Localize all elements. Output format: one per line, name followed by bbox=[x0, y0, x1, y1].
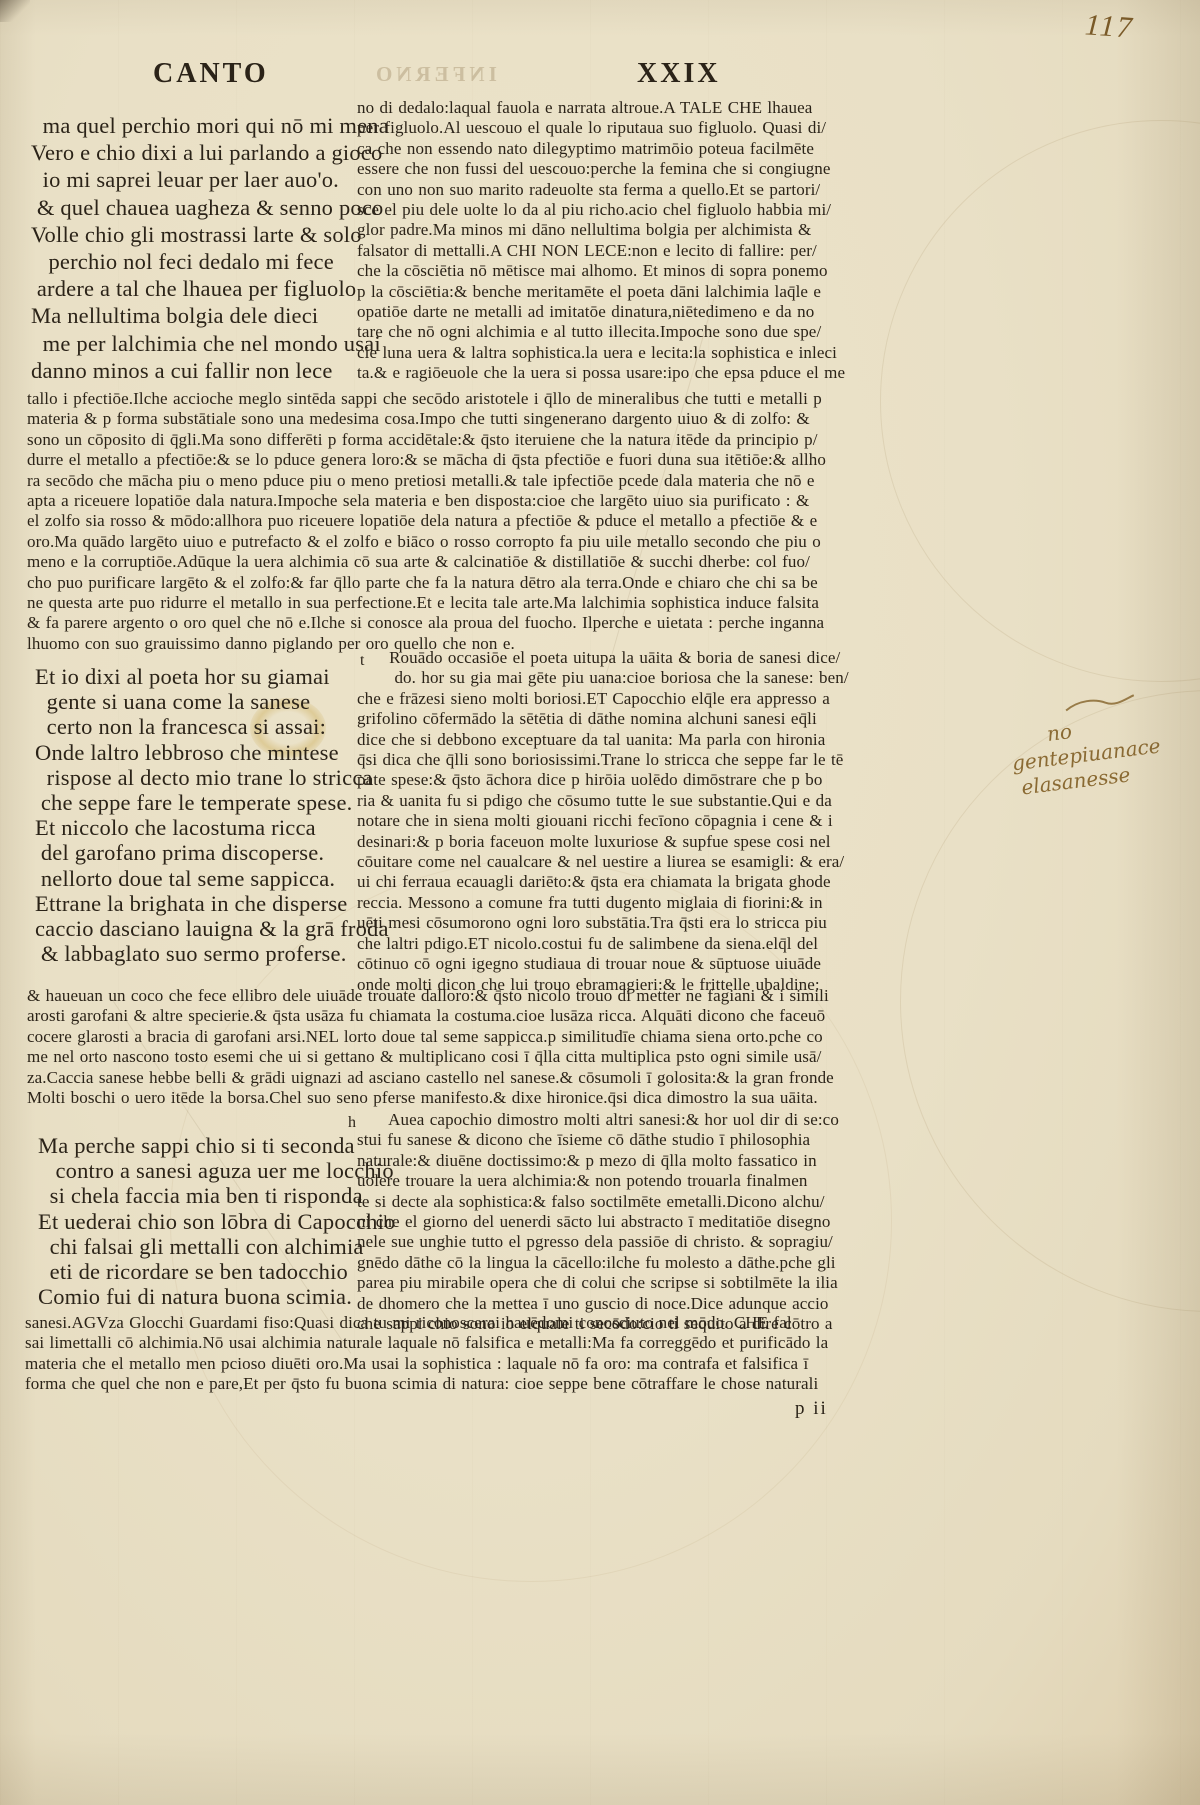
text-line: za.Caccia sanese hebbe belli & grādi uig… bbox=[27, 1068, 934, 1088]
verse-line: nellorto doue tal seme sappicca. bbox=[35, 866, 389, 891]
verse-line: eti de ricordare se ben tadocchio bbox=[38, 1259, 396, 1284]
verse-tercets-2: Et io dixi al poeta hor su giamai gente … bbox=[35, 664, 389, 966]
text-line: el zolfo sia rosso & mōdo:allhora puo ri… bbox=[27, 511, 934, 531]
text-line: nele sue unghie tutto el pgresso dela pa… bbox=[357, 1232, 932, 1252]
commentary-column-3: Auea capochio dimostro molti altri sanes… bbox=[357, 1110, 932, 1334]
commentary-column-1: no di dedalo:laqual fauola e narrata alt… bbox=[357, 98, 932, 384]
text-line: cie luna uera & laltra sophistica.la uer… bbox=[357, 343, 932, 363]
quire-signature: p ii bbox=[795, 1398, 828, 1420]
canto-number: XXIX bbox=[637, 58, 721, 90]
text-line: reccia. Messono a comune fra tutti dugen… bbox=[357, 893, 932, 913]
text-line: cōtinuo cō ogni igegno studiaua di troua… bbox=[357, 954, 932, 974]
verse-line: si chela faccia mia ben ti risponda bbox=[38, 1183, 396, 1208]
verse-line: Et niccolo che lacostuma ricca bbox=[35, 815, 389, 840]
text-line: sanesi.AGVza Glocchi Guardami fiso:Quasi… bbox=[25, 1313, 932, 1333]
text-line: apta a riceuere lopatiōe dala natura.Imp… bbox=[27, 491, 934, 511]
text-line: che e frāzesi sieno molti boriosi.ET Cap… bbox=[357, 689, 932, 709]
verse-line: perchio nol feci dedalo mi fece bbox=[31, 248, 389, 275]
text-line: tare che nō ogni alchimia e al tutto ill… bbox=[357, 322, 932, 342]
text-line: con uno non suo marito radeuolte sta fer… bbox=[357, 180, 932, 200]
text-line: stui fu sanese & dicono che īsieme cō dā… bbox=[357, 1130, 932, 1150]
text-line: dice che si debbono exceptuare da tal ua… bbox=[357, 730, 932, 750]
text-line: forma che quel che non e pare,Et per q̄s… bbox=[25, 1374, 932, 1394]
verse-line: chi falsai gli mettalli con alchimia bbox=[38, 1234, 396, 1259]
commentary-full-width-3: sanesi.AGVza Glocchi Guardami fiso:Quasi… bbox=[25, 1313, 932, 1395]
text-line: & haueuan un coco che fece ellibro dele … bbox=[27, 986, 934, 1006]
commentary-full-width-2: & haueuan un coco che fece ellibro dele … bbox=[27, 986, 934, 1108]
text-line: materia che el metallo men pcioso diuēti… bbox=[25, 1354, 932, 1374]
verse-line: Ma nellultima bolgia dele dieci bbox=[31, 302, 389, 329]
verse-line: che seppe fare le temperate spese. bbox=[35, 790, 389, 815]
text-line: essere che non fussi del uescouo:perche … bbox=[357, 159, 932, 179]
verse-line: & quel chauea uagheza & senno poco bbox=[31, 194, 389, 221]
text-line: grifolino cōfermādo la sētētia di dāthe … bbox=[357, 709, 932, 729]
verse-line: Vero e chio dixi a lui parlando a gioco bbox=[31, 139, 389, 166]
text-line: ria & uanita fu si pdigo che cōsumo tutt… bbox=[357, 791, 932, 811]
verse-line: Volle chio gli mostrassi larte & solo bbox=[31, 221, 389, 248]
text-line: falsator di mettalli.A CHI NON LECE:non … bbox=[357, 241, 932, 261]
text-line: me nel orto nascono tosto esemi che ui s… bbox=[27, 1047, 934, 1067]
text-line: per figluolo.Al uescouo el quale lo ripu… bbox=[357, 118, 932, 138]
text-line: cho puo purificare largēto & el zolfo:& … bbox=[27, 573, 934, 593]
text-line: parea piu mirabile opera che di colui ch… bbox=[357, 1273, 932, 1293]
text-line: uēti mesi cōsumorono ogni loro substātia… bbox=[357, 913, 932, 933]
text-line: arosti garofani & altre specierie.& q̄st… bbox=[27, 1006, 934, 1026]
verse-line: gente si uana come la sanese bbox=[35, 689, 389, 714]
text-line: sce el piu dele uolte lo da al piu richo… bbox=[357, 200, 932, 220]
text-line: materia & p forma substātiale sono una m… bbox=[27, 409, 934, 429]
page-corner-shadow bbox=[0, 0, 30, 22]
text-line: meno e la corruptiōe.Adūque la uera alch… bbox=[27, 552, 934, 572]
verse-line: caccio dasciano lauigna & la grā froda bbox=[35, 916, 389, 941]
bleedthrough-inferno: INFERNO bbox=[372, 62, 497, 87]
text-line: ra secōdo che mācha piu o meno pduce piu… bbox=[27, 471, 934, 491]
text-line: no di dedalo:laqual fauola e narrata alt… bbox=[357, 98, 932, 118]
text-line: gnēdo dāthe cō la lingua la cācello:ilch… bbox=[357, 1253, 932, 1273]
canto-heading: CANTO bbox=[153, 58, 269, 90]
text-line: che laltri pdigo.ET nicolo.costui fu de … bbox=[357, 934, 932, 954]
text-line: cocere glarosti a bracia di garofani ars… bbox=[27, 1027, 934, 1047]
text-line: uolere trouare la uera alchimia:& non po… bbox=[357, 1171, 932, 1191]
text-line: q̄si dica che q̄lli sono boriosissimi.Tr… bbox=[357, 750, 932, 770]
book-page-scan: CANTO INFERNO XXIX 117 ma quel perchio m… bbox=[0, 0, 1200, 1805]
text-line: ne questa arte puo ridurre el metallo in… bbox=[27, 593, 934, 613]
text-line: & fa parere argento o oro quel che nō e.… bbox=[27, 613, 934, 633]
verse-line: ardere a tal che lhauea per figluolo bbox=[31, 275, 389, 302]
text-line: che la cōsciētia nō mētisce mai alhomo. … bbox=[357, 261, 932, 281]
verse-line: Ma perche sappi chio si ti seconda bbox=[38, 1133, 396, 1158]
verse-tercets-3: Ma perche sappi chio si ti seconda contr… bbox=[38, 1133, 396, 1309]
folio-number-handwritten: 117 bbox=[1084, 8, 1135, 45]
verse-line: certo non la francesca si assai: bbox=[35, 714, 389, 739]
commentary-full-width-1: tallo i pfectiōe.Ilche accioche meglo si… bbox=[27, 389, 934, 654]
text-line: ui chi ferraua ecauagli dariēto:& q̄sta … bbox=[357, 872, 932, 892]
text-line: Auea capochio dimostro molti altri sanes… bbox=[357, 1110, 932, 1130]
text-line: do. hor su gia mai gēte piu uana:cioe bo… bbox=[357, 668, 932, 688]
text-line: te si decte ala sophistica:& falso socti… bbox=[357, 1192, 932, 1212]
flourish-mark bbox=[1063, 691, 1138, 714]
text-line: durre el metallo a pfectiōe:& se lo pduc… bbox=[27, 450, 934, 470]
text-line: notare che in siena molti giouani ricchi… bbox=[357, 811, 932, 831]
text-line: ta.& e ragiōeuole che la uera si possa u… bbox=[357, 363, 932, 383]
verse-line: io mi saprei leuar per laer auo'o. bbox=[31, 166, 389, 193]
verse-line: danno minos a cui fallir non lece bbox=[31, 357, 389, 384]
text-line: oro.Ma quādo largēto uiuo e putrefacto &… bbox=[27, 532, 934, 552]
verse-line: contro a sanesi aguza uer me locchio bbox=[38, 1158, 396, 1183]
guide-letter-h: h bbox=[348, 1114, 356, 1132]
text-line: naturale:& diuēne doctissimo:& p mezo di… bbox=[357, 1151, 932, 1171]
verse-line: Ettrane la brighata in che disperse bbox=[35, 891, 389, 916]
verse-line: Et uederai chio son lōbra di Capocchio bbox=[38, 1209, 396, 1234]
verse-line: del garofano prima discoperse. bbox=[35, 840, 389, 865]
text-line: pate spese:& q̄sto āchora dice p hirōia … bbox=[357, 770, 932, 790]
text-line: ni che el giorno del uenerdi sācto lui a… bbox=[357, 1212, 932, 1232]
text-line: p la cōsciētia:& benche meritamēte el po… bbox=[357, 282, 932, 302]
verse-line: Onde laltro lebbroso che mintese bbox=[35, 740, 389, 765]
verse-line: me per lalchimia che nel mondo usai bbox=[31, 330, 389, 357]
text-line: sono un cōposito di q̄gli.Ma sono differ… bbox=[27, 430, 934, 450]
text-line: opatiōe darte ne metalli ad imitatōe din… bbox=[357, 302, 932, 322]
text-line: desinari:& p boria faceuon molte luxurio… bbox=[357, 832, 932, 852]
text-line: Molti boschi o uero itēde la borsa.Chel … bbox=[27, 1088, 934, 1108]
text-line: Rouādo occasiōe el poeta uitupa la uāita… bbox=[357, 648, 932, 668]
text-line: glor padre.Ma minos mi dāno nellultima b… bbox=[357, 220, 932, 240]
commentary-column-2: Rouādo occasiōe el poeta uitupa la uāita… bbox=[357, 648, 932, 995]
text-line: tallo i pfectiōe.Ilche accioche meglo si… bbox=[27, 389, 934, 409]
verse-line: & labbaglato suo sermo proferse. bbox=[35, 941, 389, 966]
verse-line: Comio fui di natura buona scimia. bbox=[38, 1284, 396, 1309]
verse-line: rispose al decto mio trane lo stricca bbox=[35, 765, 389, 790]
text-line: cōuitare come nel caualcare & nel uestir… bbox=[357, 852, 932, 872]
verse-line: Et io dixi al poeta hor su giamai bbox=[35, 664, 389, 689]
text-line: de dhomero che la mettea ī uno guscio di… bbox=[357, 1294, 932, 1314]
verse-tercets-1: ma quel perchio mori qui nō mi menaVero … bbox=[31, 112, 389, 384]
text-line: ca che non essendo nato dilegyptimo matr… bbox=[357, 139, 932, 159]
text-line: sai limettalli cō alchimia.Nō usai alchi… bbox=[25, 1333, 932, 1353]
verse-line: ma quel perchio mori qui nō mi mena bbox=[31, 112, 389, 139]
